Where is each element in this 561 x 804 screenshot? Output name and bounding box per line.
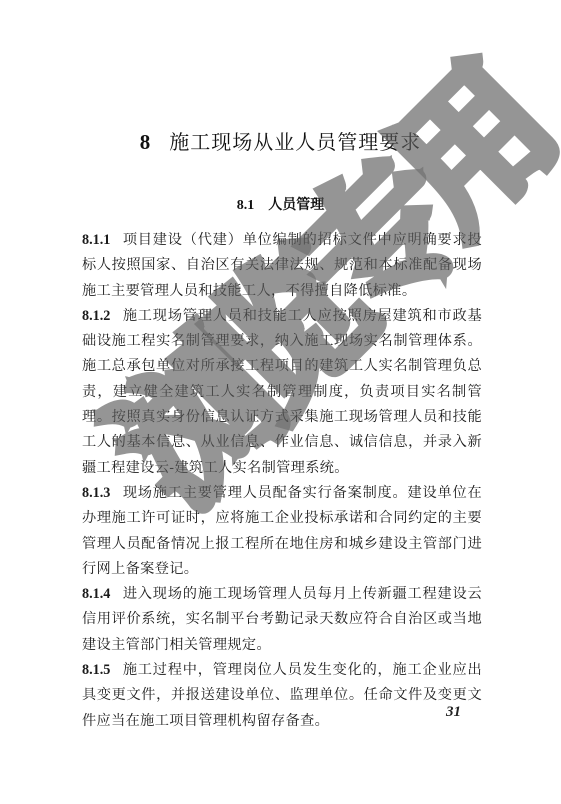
chapter-title-text: 施工现场从业人员管理要求: [169, 130, 421, 154]
chapter-title: 8施工现场从业人员管理要求: [0, 126, 561, 155]
clause-text: 现场施工主要管理人员配备实行备案制度。建设单位在办理施工许可证时，应将施工企业投…: [82, 485, 482, 577]
clause-text: 进入现场的施工现场管理人员每月上传新疆工程建设云信用评价系统，实名制平台考勤记录…: [82, 586, 482, 653]
clause-number: 8.1.2: [82, 308, 110, 324]
clause-number: 8.1.4: [82, 586, 110, 602]
clause-8-1-4: 8.1.4进入现场的施工现场管理人员每月上传新疆工程建设云信用评价系统，实名制平…: [82, 582, 482, 658]
section-number: 8.1: [237, 198, 255, 213]
clause-8-1-1: 8.1.1项目建设（代建）单位编制的招标文件中应明确要求投标人按照国家、自治区有…: [82, 228, 482, 304]
clause-list: 8.1.1项目建设（代建）单位编制的招标文件中应明确要求投标人按照国家、自治区有…: [82, 228, 482, 734]
clause-number: 8.1.5: [82, 662, 110, 678]
section-title: 8.1人员管理: [0, 194, 561, 214]
clause-number: 8.1.1: [82, 232, 110, 248]
document-page: 8施工现场从业人员管理要求 8.1人员管理 8.1.1项目建设（代建）单位编制的…: [0, 0, 561, 804]
clause-text: 施工过程中，管理岗位人员发生变化的，施工企业应出具变更文件，并报送建设单位、监理…: [82, 662, 482, 729]
page-number: 31: [446, 704, 461, 721]
chapter-number: 8: [140, 130, 152, 154]
clause-number: 8.1.3: [82, 485, 110, 501]
clause-8-1-5: 8.1.5施工过程中，管理岗位人员发生变化的，施工企业应出具变更文件，并报送建设…: [82, 658, 482, 734]
clause-text: 项目建设（代建）单位编制的招标文件中应明确要求投标人按照国家、自治区有关法律法规…: [82, 232, 482, 299]
clause-8-1-3: 8.1.3现场施工主要管理人员配备实行备案制度。建设单位在办理施工许可证时，应将…: [82, 481, 482, 582]
clause-text: 施工现场管理人员和技能工人应按照房屋建筑和市政基础设施工程实名制管理要求，纳入施…: [82, 308, 482, 476]
clause-8-1-2: 8.1.2施工现场管理人员和技能工人应按照房屋建筑和市政基础设施工程实名制管理要…: [82, 304, 482, 481]
section-title-text: 人员管理: [268, 197, 324, 213]
